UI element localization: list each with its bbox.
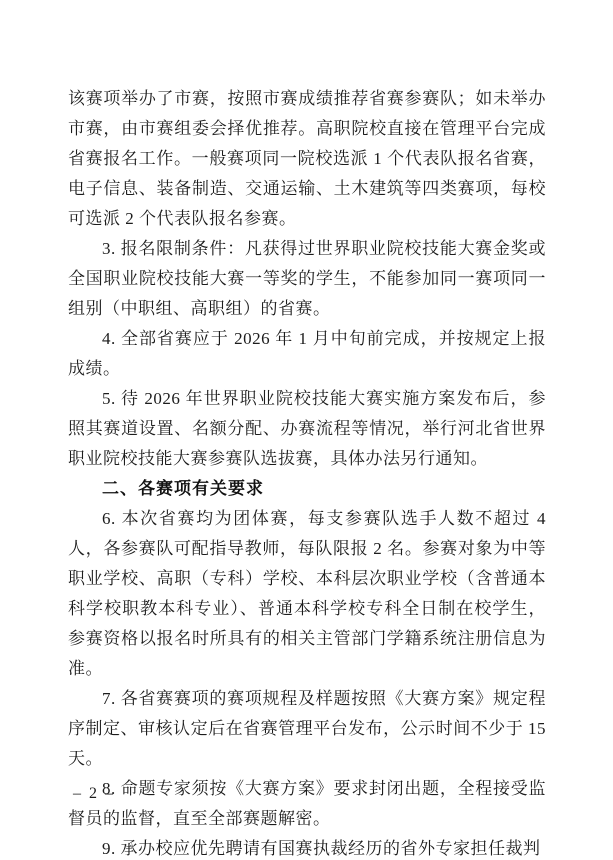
section-heading: 二、各赛项有关要求 (68, 474, 546, 504)
paragraph-item-4: 4. 全部省赛应于 2026 年 1 月中旬前完成，并按规定上报成绩。 (68, 324, 546, 384)
paragraph-item-6: 6. 本次省赛均为团体赛，每支参赛队选手人数不超过 4 人，各参赛队可配指导教师… (68, 504, 546, 684)
paragraph-continued: 该赛项举办了市赛，按照市赛成绩推荐省赛参赛队；如未举办市赛，由市赛组委会择优推荐… (68, 84, 546, 234)
paragraph-item-3: 3. 报名限制条件：凡获得过世界职业院校技能大赛金奖或全国职业院校技能大赛一等奖… (68, 234, 546, 324)
document-body: 该赛项举办了市赛，按照市赛成绩推荐省赛参赛队；如未举办市赛，由市赛组委会择优推荐… (68, 84, 546, 860)
paragraph-item-7: 7. 各省赛赛项的赛项规程及样题按照《大赛方案》规定程序制定、审核认定后在省赛管… (68, 684, 546, 774)
paragraph-item-8: 8. 命题专家须按《大赛方案》要求封闭出题，全程接受监督员的监督，直至全部赛题解… (68, 774, 546, 834)
paragraph-item-5: 5. 待 2026 年世界职业院校技能大赛实施方案发布后，参照其赛道设置、名额分… (68, 384, 546, 474)
page-number: – 2 – (73, 783, 115, 805)
paragraph-item-9: 9. 承办校应优先聘请有国赛执裁经历的省外专家担任裁判 (68, 834, 546, 860)
document-page: 该赛项举办了市赛，按照市赛成绩推荐省赛参赛队；如未举办市赛，由市赛组委会择优推荐… (0, 0, 613, 860)
